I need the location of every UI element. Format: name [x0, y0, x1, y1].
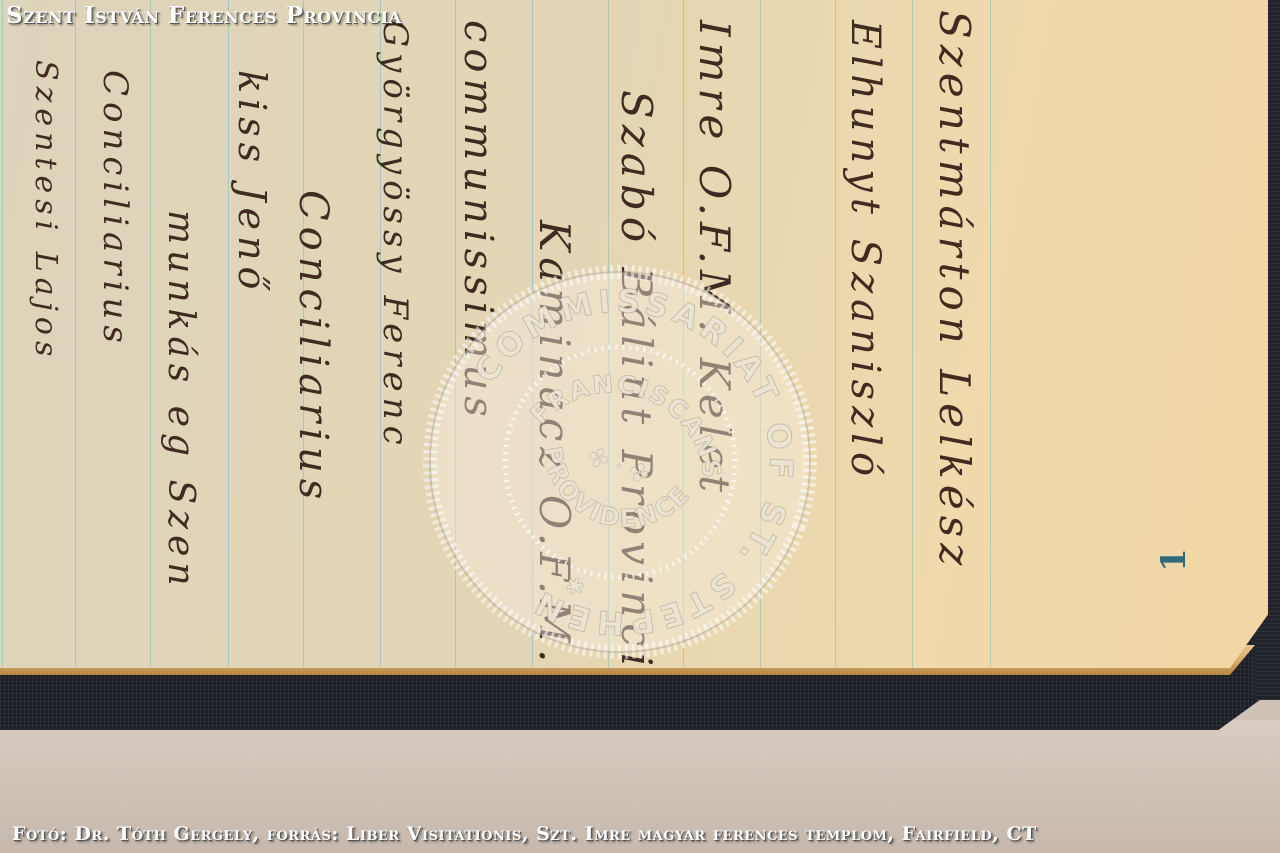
- handwritten-line: munkás eg Szen: [160, 210, 201, 592]
- photograph: Szentesi LajosConciliariusmunkás eg Szen…: [0, 0, 1280, 853]
- bottom-caption: Fotó: Dr. Tóth Gergely, forrás: Liber Vi…: [12, 823, 1037, 845]
- handwritten-line: Szentmárton Lelkész: [930, 10, 979, 571]
- handwritten-line: Szentesi Lajos: [28, 60, 63, 362]
- ledger-page: Szentesi LajosConciliariusmunkás eg Szen…: [0, 0, 1268, 668]
- handwritten-line: Györgyössy Ferenc: [375, 20, 415, 451]
- handwritten-line: Conciliarius: [95, 70, 135, 349]
- ruled-line: [150, 0, 151, 668]
- page-number: 1: [1154, 548, 1194, 572]
- ruled-line: [228, 0, 229, 668]
- top-caption: Szent István Ferences Provincia: [6, 2, 402, 29]
- handwritten-line: Conciliarius: [290, 190, 336, 505]
- ruled-line: [912, 0, 913, 668]
- embossed-seal: COMMISSARIAT OF ST. STEPHEN FRANCISCANS …: [420, 262, 820, 662]
- ruled-line: [990, 0, 991, 668]
- handwritten-line: kiss Jenő: [230, 70, 274, 295]
- ruled-line: [2, 0, 3, 668]
- ruled-line: [75, 0, 76, 668]
- ruled-line: [835, 0, 836, 668]
- handwritten-line: Elhunyt Szaniszló: [842, 20, 888, 482]
